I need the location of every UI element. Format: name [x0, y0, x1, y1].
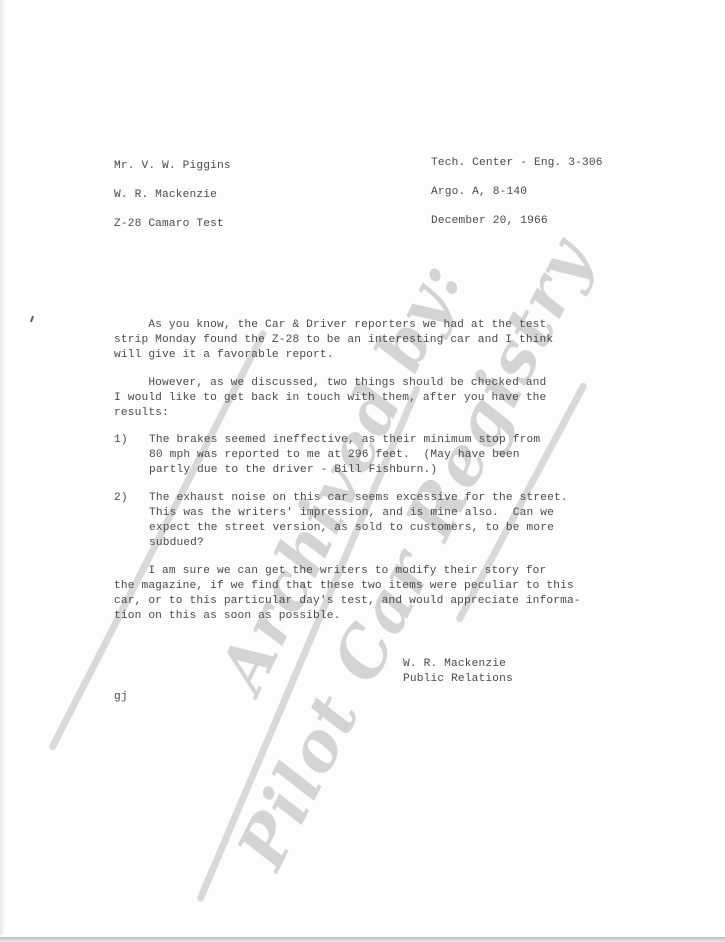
scan-bottom-edge	[0, 937, 725, 942]
body-line: I am sure we can get the writers to modi…	[114, 564, 546, 579]
body-line: the magazine, if we find that these two …	[114, 579, 574, 594]
memo-date: December 20, 1966	[431, 214, 548, 229]
signature-name: W. R. Mackenzie	[403, 657, 506, 672]
body-line: will give it a favorable report.	[114, 348, 334, 363]
scan-edge-shadow	[0, 0, 5, 935]
body-line: 80 mph was reported to me at 296 feet. (…	[149, 448, 520, 463]
memo-from: W. R. Mackenzie	[114, 188, 217, 203]
body-line: The brakes seemed ineffective, as their …	[149, 433, 540, 448]
scan-speck	[30, 316, 34, 322]
typist-initials: gj	[114, 690, 128, 705]
body-line: The exhaust noise on this car seems exce…	[149, 491, 568, 506]
body-line: However, as we discussed, two things sho…	[114, 376, 546, 391]
list-number: 2)	[114, 491, 128, 506]
memo-from-location: Argo. A, 8-140	[431, 185, 527, 200]
body-line: This was the writers' impression, and is…	[149, 506, 554, 521]
signature-title: Public Relations	[403, 672, 513, 687]
body-line: subdued?	[149, 536, 204, 551]
body-line: strip Monday found the Z-28 to be an int…	[114, 333, 553, 348]
memo-to: Mr. V. W. Piggins	[114, 159, 231, 174]
body-line: expect the street version, as sold to cu…	[149, 521, 554, 536]
body-line: tion on this as soon as possible.	[114, 609, 341, 624]
body-line: I would like to get back in touch with t…	[114, 391, 546, 406]
body-line: As you know, the Car & Driver reporters …	[114, 318, 546, 333]
memo-subject: Z-28 Camaro Test	[114, 217, 224, 232]
list-number: 1)	[114, 433, 128, 448]
body-line: results:	[114, 406, 169, 421]
body-line: car, or to this particular day's test, a…	[114, 594, 581, 609]
memo-to-location: Tech. Center - Eng. 3-306	[431, 156, 603, 171]
body-line: partly due to the driver - Bill Fishburn…	[149, 463, 437, 478]
scanned-memo-page: Archived by: Pilot Car Registry Mr. V. W…	[0, 0, 725, 935]
